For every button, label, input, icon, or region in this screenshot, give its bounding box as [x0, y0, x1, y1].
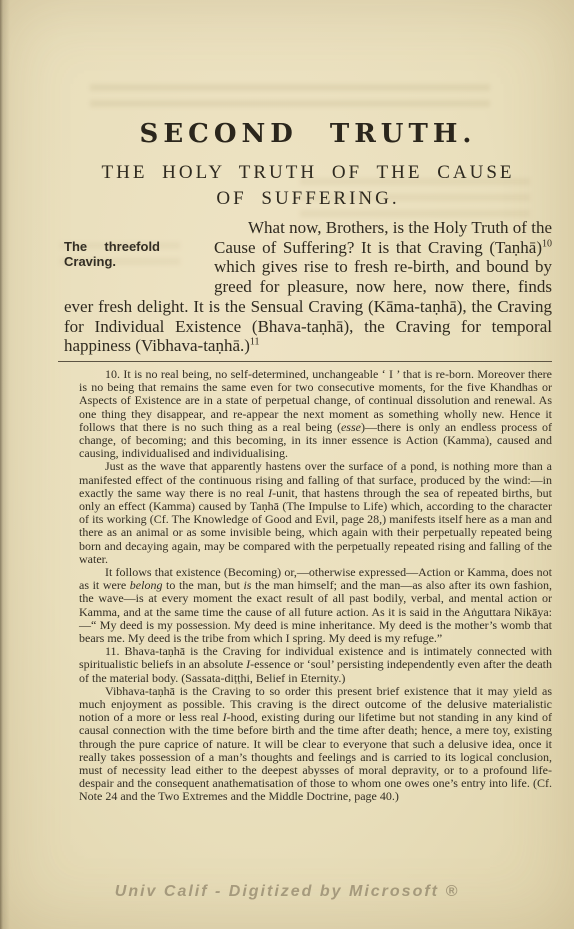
- digitization-watermark: Univ Calif - Digitized by Microsoft ®: [0, 883, 574, 901]
- margin-note: The threefold Craving.: [64, 239, 214, 296]
- footnote-paragraph: It follows that existence (Becoming) or,…: [79, 566, 552, 645]
- footnote-divider: [58, 361, 552, 362]
- text-column: SECOND TRUTH. THE HOLY TRUTH OF THE CAUS…: [64, 118, 552, 804]
- intro-paragraph: The threefold Craving.What now, Brothers…: [64, 218, 552, 356]
- chapter-title: SECOND TRUTH.: [64, 118, 552, 151]
- footnote-paragraph: Just as the wave that apparently hastens…: [79, 460, 552, 566]
- section-title-line-1: THE HOLY TRUTH OF THE CAUSE: [64, 160, 552, 186]
- footnote-paragraph: 10. It is no real being, no self-determi…: [79, 368, 552, 460]
- footnote-paragraph: 11. Bhava-taṇhā is the Craving for indiv…: [79, 645, 552, 685]
- footnote-paragraph: Vibhava-taṇhā is the Craving to so order…: [79, 685, 552, 804]
- footnotes-section: 10. It is no real being, no self-determi…: [79, 368, 552, 804]
- book-page: SECOND TRUTH. THE HOLY TRUTH OF THE CAUS…: [0, 0, 574, 929]
- section-title-line-2: OF SUFFERING.: [64, 186, 552, 212]
- show-through-smudge: [90, 84, 490, 110]
